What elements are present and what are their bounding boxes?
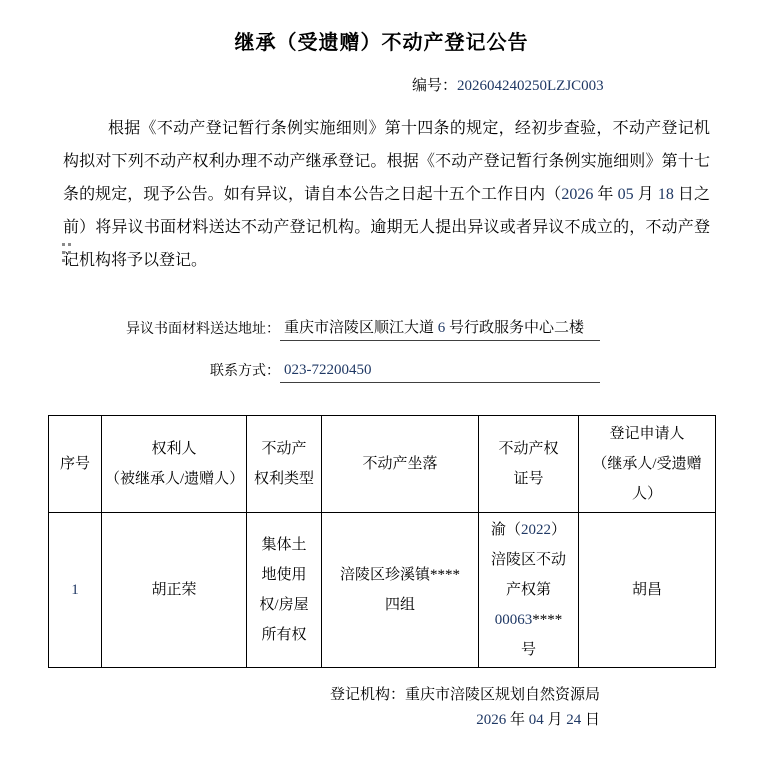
text-run: 05 bbox=[618, 186, 634, 203]
cell-applicant: 胡昌 bbox=[579, 513, 716, 668]
cell-seq: 1 bbox=[49, 513, 102, 668]
text-run: 1 bbox=[71, 582, 79, 598]
text-run: 023-72200450 bbox=[284, 362, 372, 378]
text-run: 2022 bbox=[521, 522, 551, 538]
text-run: 月 bbox=[544, 712, 567, 728]
header-cell-holder: 权利人 （被继承人/遗赠人） bbox=[102, 416, 247, 513]
doc-number-label: 编号： bbox=[412, 78, 457, 94]
registration-table: 序号 权利人 （被继承人/遗赠人） 不动产 权利类型 不动产坐落 不动产权 证号… bbox=[48, 415, 716, 668]
notice-paragraph: 根据《不动产登记暂行条例实施细则》第十四条的规定，经初步查验，不动产登记机构拟对… bbox=[63, 112, 710, 277]
text-run: 渝（ bbox=[491, 522, 521, 538]
text-run: 重庆市涪陵区顺江大道 bbox=[284, 320, 438, 336]
cell-right-type: 集体土 地使用 权/房屋 所有权 bbox=[247, 513, 322, 668]
contact-field-value: 023-72200450 bbox=[280, 362, 600, 383]
text-run: 04 bbox=[529, 712, 544, 728]
header-cell-seq: 序号 bbox=[49, 416, 102, 513]
text-run: 年 bbox=[506, 712, 529, 728]
text-run: 月 bbox=[634, 186, 658, 203]
document-footer: 登记机构：重庆市涪陵区规划自然资源局 2026 年 04 月 24 日 bbox=[0, 683, 600, 733]
text-run: 号行政服务中心二楼 bbox=[445, 320, 584, 336]
address-field-row: 异议书面材料送达地址： 重庆市涪陵区顺江大道 6 号行政服务中心二楼 bbox=[55, 316, 600, 341]
address-field-value: 重庆市涪陵区顺江大道 6 号行政服务中心二楼 bbox=[280, 316, 600, 341]
text-run: 年 bbox=[593, 186, 617, 203]
contact-field-label: 联系方式： bbox=[55, 360, 280, 383]
notice-document-page: 继承（受遗赠）不动产登记公告 编号：202604240250LZJC003 根据… bbox=[0, 0, 763, 770]
text-run: 24 bbox=[566, 712, 581, 728]
registration-org-label: 登记机构： bbox=[330, 687, 405, 703]
header-cell-location: 不动产坐落 bbox=[322, 416, 479, 513]
doc-number-value: 202604240250LZJC003 bbox=[457, 78, 604, 94]
text-run: 2026 bbox=[476, 712, 506, 728]
address-field-label: 异议书面材料送达地址： bbox=[55, 318, 280, 341]
text-run: 2026 bbox=[561, 186, 593, 203]
header-cell-applicant: 登记申请人 （继承人/受遗赠人） bbox=[579, 416, 716, 513]
table-row: 1 胡正荣 集体土 地使用 权/房屋 所有权 涪陵区珍溪镇**** 四组 渝（2… bbox=[49, 513, 716, 668]
text-run: 日 bbox=[581, 712, 600, 728]
text-run: 18 bbox=[658, 186, 674, 203]
registration-org-name: 重庆市涪陵区规划自然资源局 bbox=[405, 687, 600, 703]
cell-cert-no: 渝（2022） 涪陵区不动 产权第 00063**** 号 bbox=[479, 513, 579, 668]
contact-field-row: 联系方式： 023-72200450 bbox=[55, 360, 600, 383]
cell-location: 涪陵区珍溪镇**** 四组 bbox=[322, 513, 479, 668]
cell-holder: 胡正荣 bbox=[102, 513, 247, 668]
drag-handle-icon[interactable] bbox=[62, 243, 71, 262]
table-header-row: 序号 权利人 （被继承人/遗赠人） 不动产 权利类型 不动产坐落 不动产权 证号… bbox=[49, 416, 716, 513]
text-run: 00063 bbox=[495, 612, 533, 628]
doc-number-line: 编号：202604240250LZJC003 bbox=[412, 76, 604, 96]
registration-org-line: 登记机构：重庆市涪陵区规划自然资源局 bbox=[0, 683, 600, 708]
registration-date-line: 2026 年 04 月 24 日 bbox=[0, 708, 600, 733]
page-title: 继承（受遗赠）不动产登记公告 bbox=[0, 28, 763, 58]
header-cell-right-type: 不动产 权利类型 bbox=[247, 416, 322, 513]
header-cell-cert-no: 不动产权 证号 bbox=[479, 416, 579, 513]
